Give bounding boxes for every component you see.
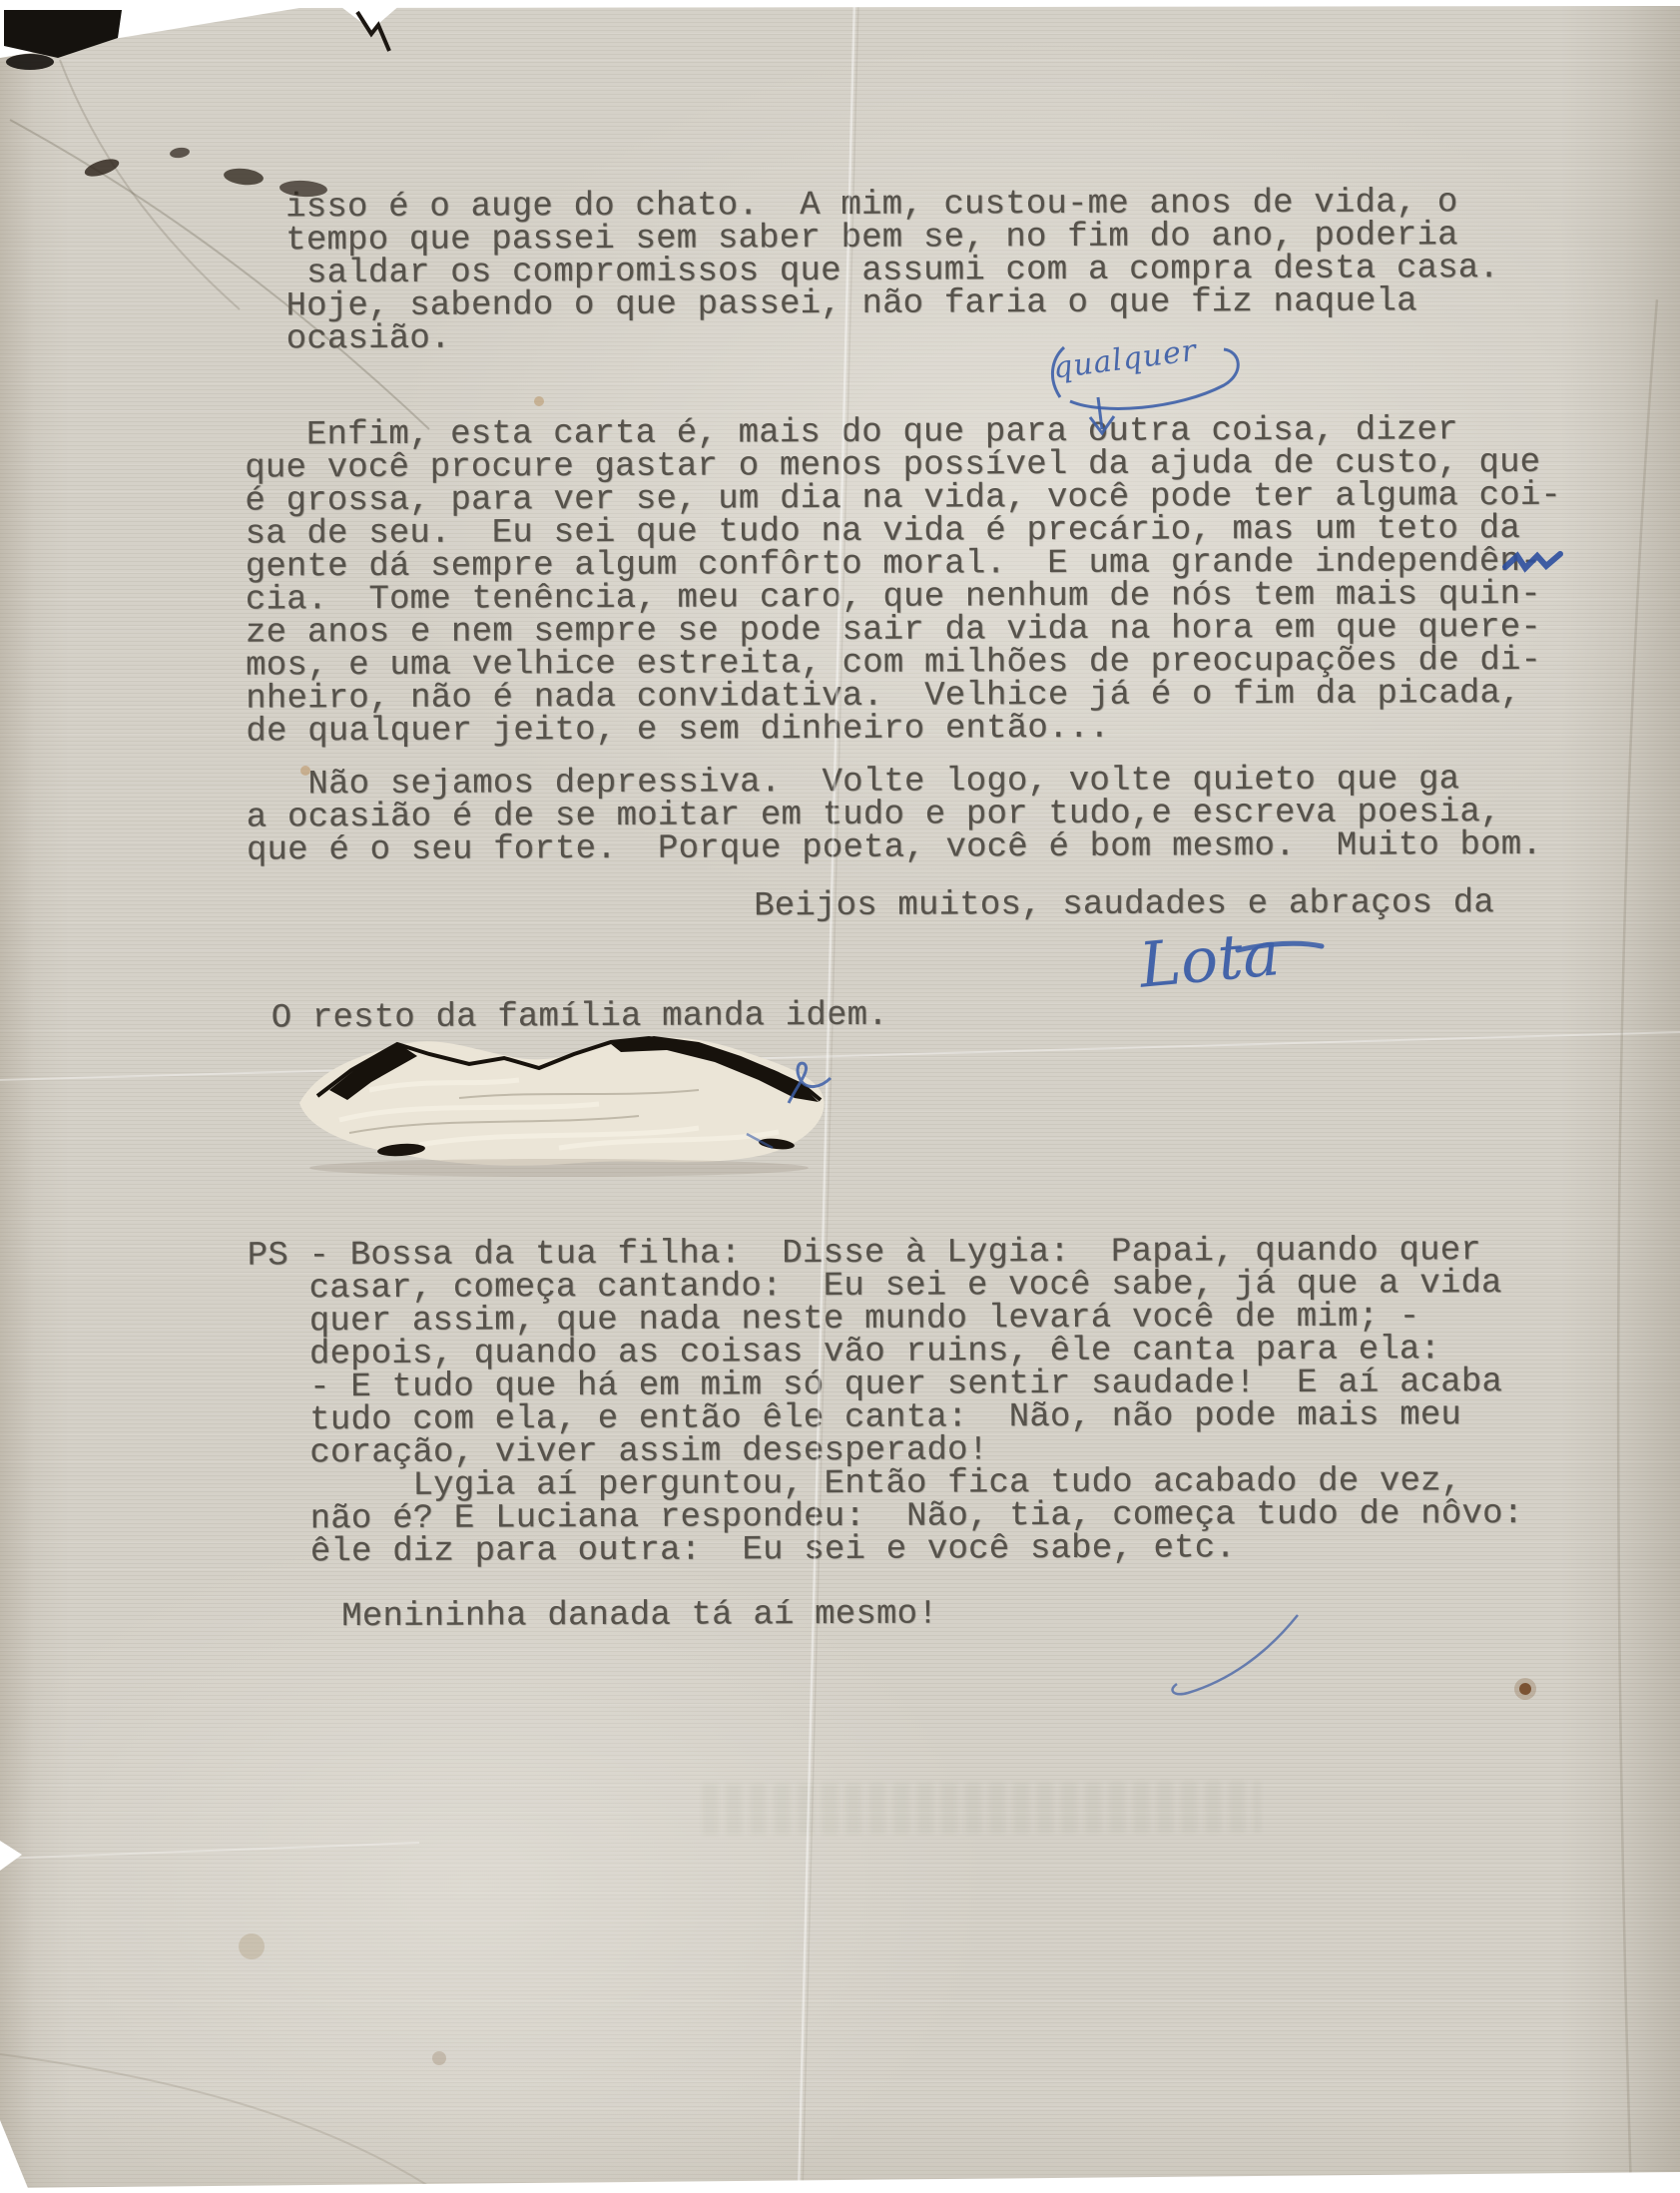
family-regards-line: O resto da família manda idem. [272, 1000, 888, 1036]
closing-line: Beijos muitos, saudades e abraços da [754, 887, 1494, 923]
final-remark-line: Menininha danada tá aí mesmo! [341, 1599, 938, 1635]
letter-content: isso é o auge do chato. A mim, custou-me… [0, 0, 1680, 2193]
paragraph-encouragement: Não sejamos depressiva. Volte logo, volt… [247, 764, 1542, 868]
paragraph-advice: Enfim, esta carta é, mais do que para ou… [245, 414, 1562, 750]
postscript-block: PS - Bossa da tua filha: Disse à Lygia: … [248, 1235, 1524, 1570]
ink-bleed-smudge [702, 1781, 1261, 1835]
paragraph-opening: isso é o auge do chato. A mim, custou-me… [285, 187, 1499, 356]
handwritten-signature: Lota [1136, 916, 1282, 1002]
